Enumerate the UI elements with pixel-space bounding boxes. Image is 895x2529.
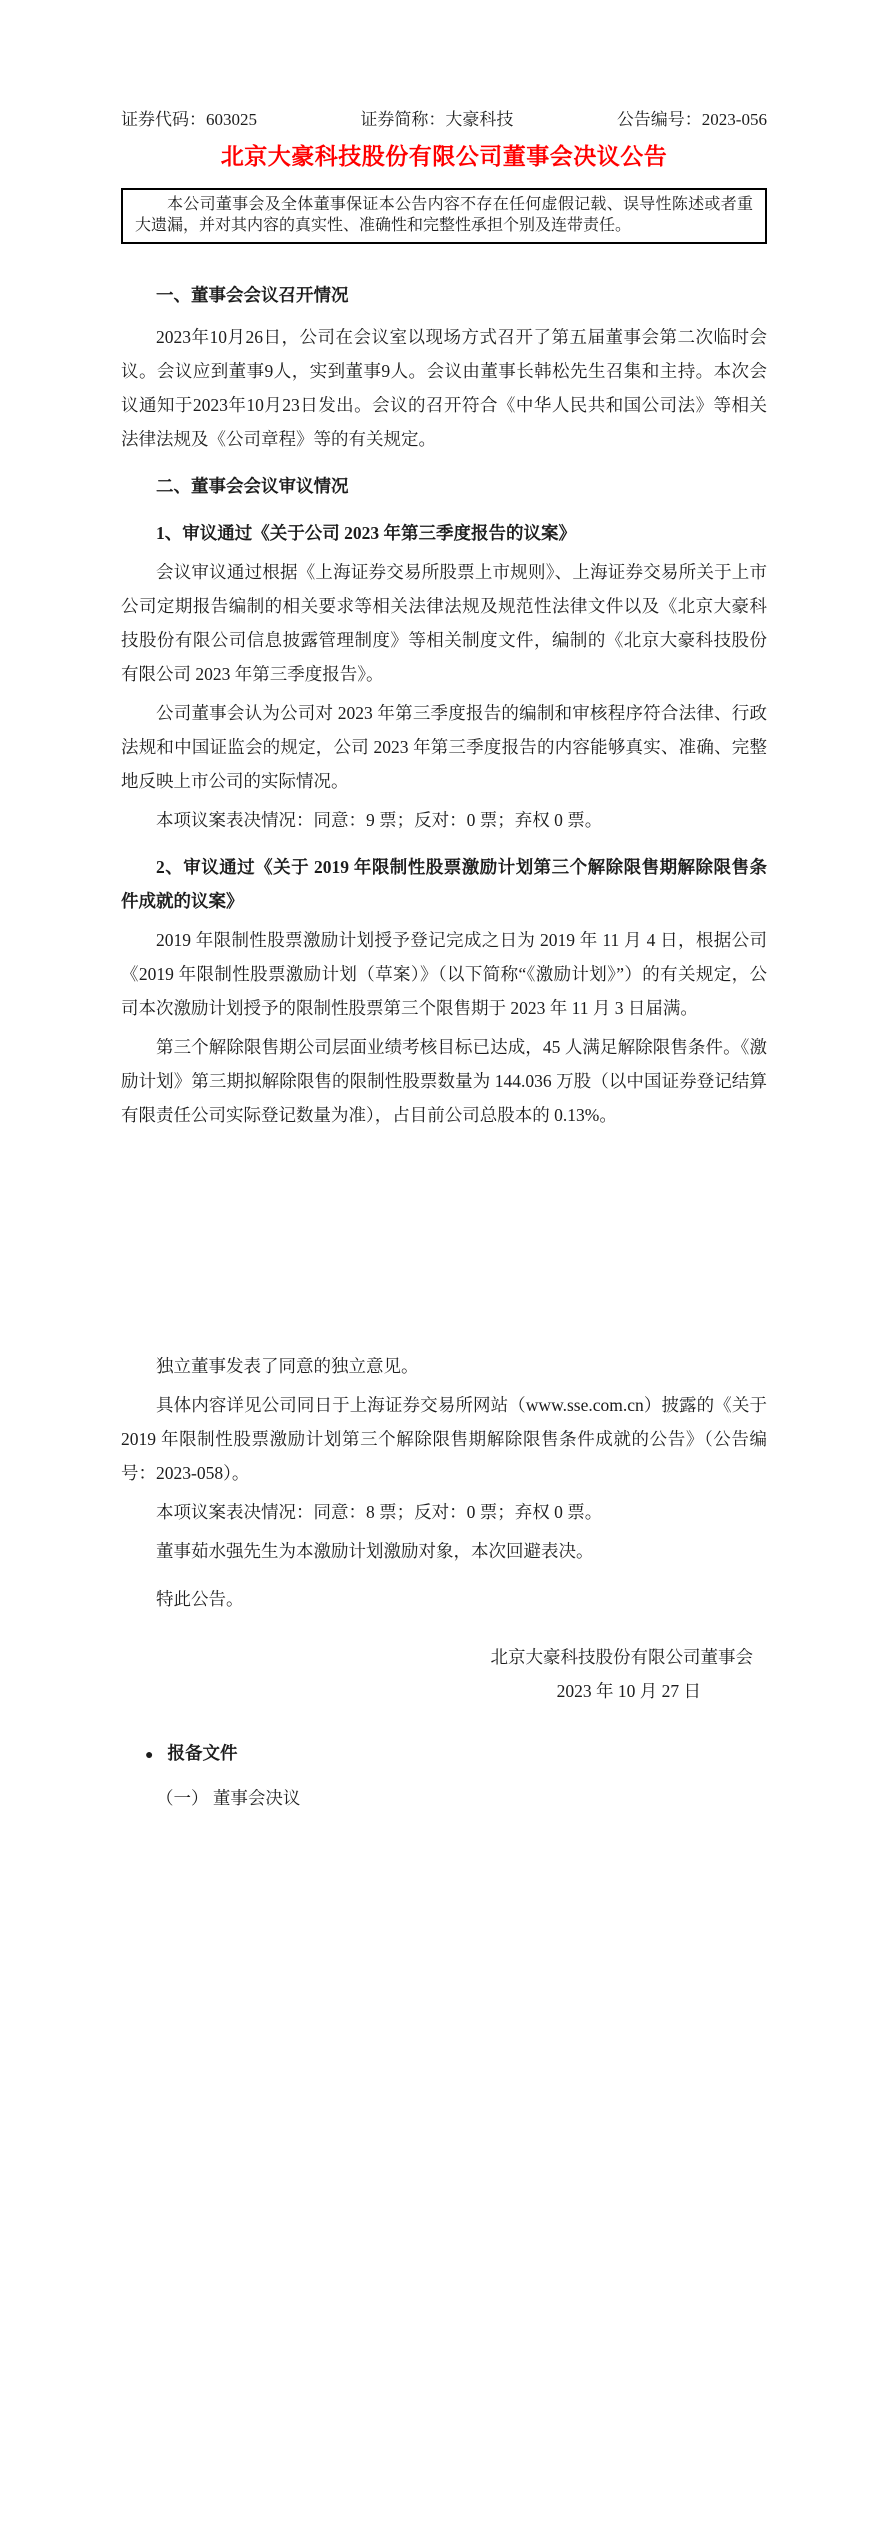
filing-documents-heading-row: ● 报备文件 [121, 1736, 767, 1773]
stock-abbr: 证券简称：大豪科技 [360, 108, 513, 132]
bullet-icon: ● [145, 1739, 153, 1773]
proposal-2-recusal-note: 董事茹水强先生为本激励计划激励对象，本次回避表决。 [121, 1534, 767, 1568]
proposal-1-heading: 1、审议通过《关于公司 2023 年第三季度报告的议案》 [121, 516, 767, 550]
signature-company: 北京大豪科技股份有限公司董事会 [121, 1640, 753, 1674]
announcement-number: 公告编号：2023-056 [617, 108, 767, 132]
proposal-2-vote-result: 本项议案表决情况：同意：8 票；反对：0 票；弃权 0 票。 [121, 1495, 767, 1529]
proposal-1-vote-result: 本项议案表决情况：同意：9 票；反对：0 票；弃权 0 票。 [121, 803, 767, 837]
disclaimer-box: 本公司董事会及全体董事保证本公告内容不存在任何虚假记载、误导性陈述或者重大遗漏，… [121, 188, 767, 244]
proposal-2-heading: 2、审议通过《关于 2019 年限制性股票激励计划第三个解除限售期解除限售条件成… [121, 850, 767, 918]
proposal-2-paragraph-2: 第三个解除限售期公司层面业绩考核目标已达成，45 人满足解除限售条件。《激励计划… [121, 1030, 767, 1132]
document-title: 北京大豪科技股份有限公司董事会决议公告 [121, 142, 767, 172]
filing-document-item-1: （一） 董事会决议 [121, 1781, 767, 1815]
proposal-1-paragraph-2: 公司董事会认为公司对 2023 年第三季度报告的编制和审核程序符合法律、行政法规… [121, 696, 767, 798]
closing-statement: 特此公告。 [121, 1582, 767, 1616]
section-1-heading: 一、董事会会议召开情况 [121, 278, 767, 312]
disclaimer-text: 本公司董事会及全体董事保证本公告内容不存在任何虚假记载、误导性陈述或者重大遗漏，… [135, 194, 753, 236]
proposal-2-independent-opinion: 独立董事发表了同意的独立意见。 [121, 1349, 767, 1383]
document-meta-row: 证券代码：603025 证券简称：大豪科技 公告编号：2023-056 [121, 108, 767, 132]
proposal-2-paragraph-3: 具体内容详见公司同日于上海证券交易所网站（www.sse.com.cn）披露的《… [121, 1388, 767, 1490]
announcement-document: 证券代码：603025 证券简称：大豪科技 公告编号：2023-056 北京大豪… [0, 0, 895, 1815]
signature-date: 2023 年 10 月 27 日 [121, 1674, 753, 1708]
filing-documents-heading: 报备文件 [167, 1736, 237, 1770]
proposal-1-paragraph-1: 会议审议通过根据《上海证券交易所股票上市规则》、上海证券交易所关于上市公司定期报… [121, 555, 767, 691]
section-1-paragraph: 2023年10月26日，公司在会议室以现场方式召开了第五届董事会第二次临时会议。… [121, 320, 767, 456]
proposal-2-paragraph-1: 2019 年限制性股票激励计划授予登记完成之日为 2019 年 11 月 4 日… [121, 923, 767, 1025]
section-2-heading: 二、董事会会议审议情况 [121, 469, 767, 503]
stock-code: 证券代码：603025 [121, 108, 257, 132]
page-break-gap [121, 1132, 767, 1344]
signature-block: 北京大豪科技股份有限公司董事会 2023 年 10 月 27 日 [121, 1640, 767, 1708]
